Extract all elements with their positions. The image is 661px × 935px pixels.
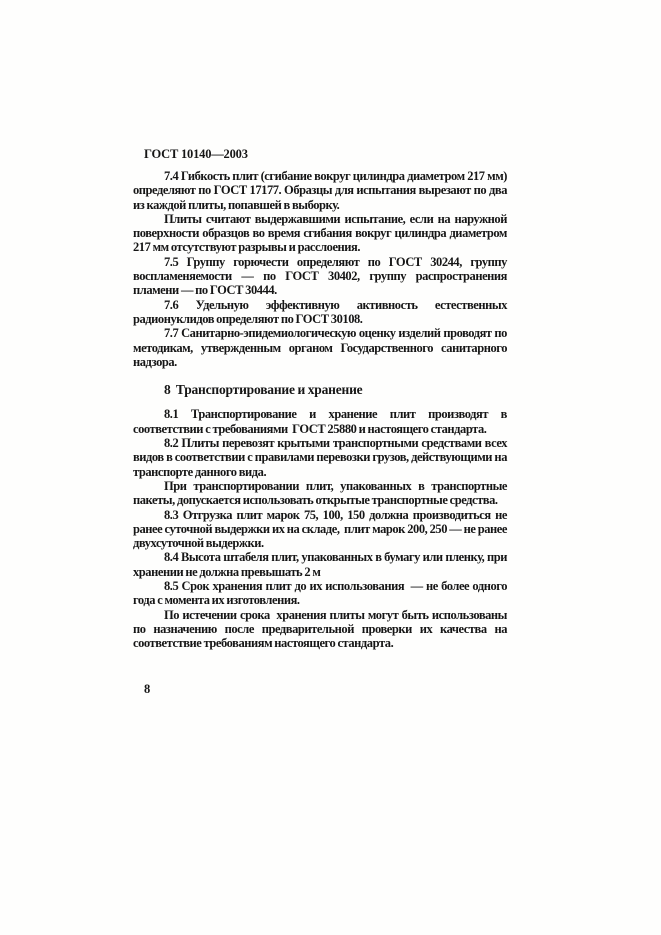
- paragraph-8-2: 8.2 Плиты перевозят крытыми транспортным…: [133, 436, 507, 479]
- page-number: 8: [144, 682, 150, 697]
- running-header-standard-number: ГОСТ 10140—2003: [144, 147, 248, 162]
- paragraph-8-2-continuation: При транспортировании плит, упакованных …: [133, 479, 507, 508]
- paragraph-7-6: 7.6 Удельную эффективную активность есте…: [133, 298, 507, 327]
- document-page: ГОСТ 10140—2003 7.4 Гибкость плит (сгиба…: [0, 0, 661, 935]
- section-8-heading: 8 Транспортирование и хранение: [133, 383, 507, 397]
- paragraph-8-5-continuation: По истечении срока хранения плиты могут …: [133, 608, 507, 651]
- paragraph-7-4-continuation: Плиты считают выдержавшими испытание, ес…: [133, 212, 507, 255]
- paragraph-8-5: 8.5 Срок хранения плит до их использован…: [133, 579, 507, 608]
- paragraph-8-4: 8.4 Высота штабеля плит, упакованных в б…: [133, 550, 507, 579]
- paragraph-7-5: 7.5 Группу горючести определяют по ГОСТ …: [133, 255, 507, 298]
- paragraph-8-1: 8.1 Транспортирование и хранение плит пр…: [133, 407, 507, 436]
- paragraph-7-4: 7.4 Гибкость плит (сгибание вокруг цилин…: [133, 169, 507, 212]
- document-body: 7.4 Гибкость плит (сгибание вокруг цилин…: [133, 169, 507, 651]
- paragraph-7-7: 7.7 Санитарно-эпидемиологическую оценку …: [133, 326, 507, 369]
- paragraph-8-3: 8.3 Отгрузка плит марок 75, 100, 150 дол…: [133, 508, 507, 551]
